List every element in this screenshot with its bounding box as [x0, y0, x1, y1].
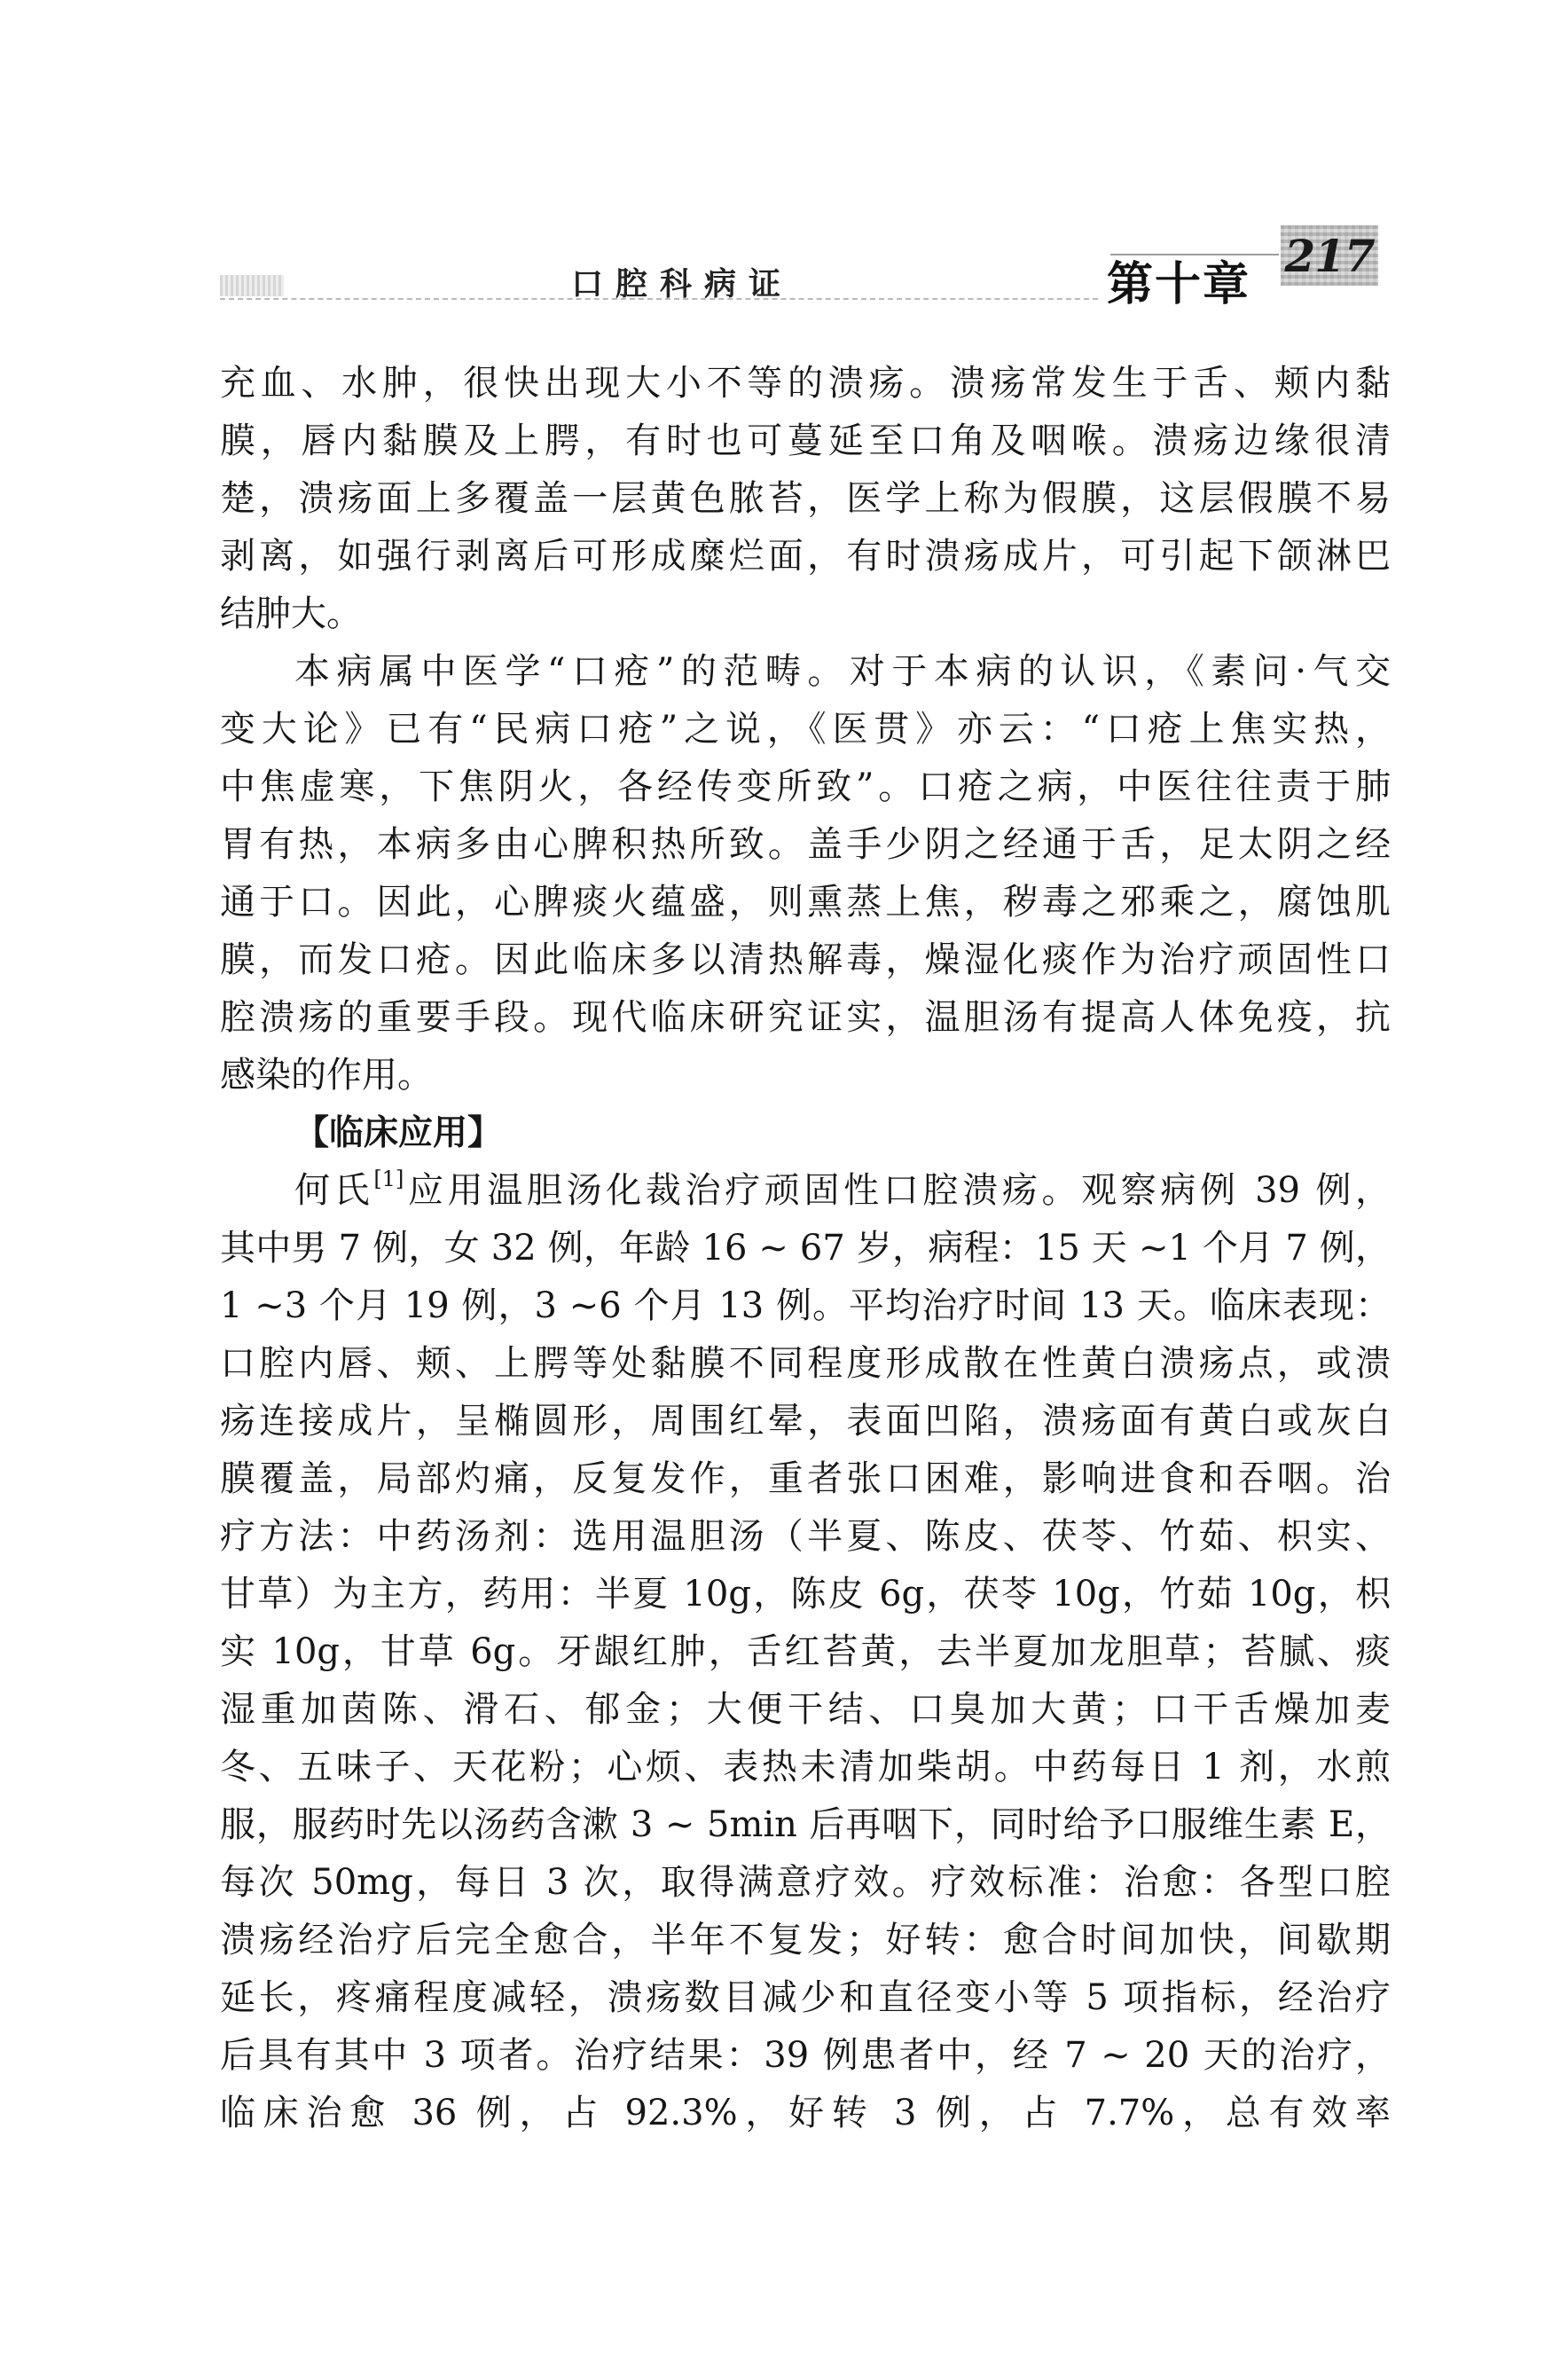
text-line: 通于口。因此，心脾痰火蕴盛，则熏蒸上焦，秽毒之邪乘之，腐蚀肌: [220, 874, 1391, 931]
paragraph-2: 本病属中医学“口疮”的范畴。对于本病的认识，《素问·气交 变大论》已有“民病口疮…: [220, 643, 1391, 1104]
author-name: 何氏: [294, 1170, 373, 1211]
text-line: 变大论》已有“民病口疮”之说，《医贯》亦云：“口疮上焦实热，: [220, 701, 1391, 758]
text-line: 1 ~3 个月 19 例，3 ~6 个月 13 例。平均治疗时间 13 天。临床…: [220, 1277, 1391, 1335]
paragraph-3: 何氏[1]应用温胆汤化裁治疗顽固性口腔溃疡。观察病例 39 例， 其中男 7 例…: [220, 1162, 1391, 2142]
section-title: 口腔科病证: [571, 259, 793, 304]
section-heading: 【临床应用】: [220, 1104, 1391, 1162]
text-line: 实 10g，甘草 6g。牙龈红肿，舌红苔黄，去半夏加龙胆草；苔腻、痰: [220, 1623, 1391, 1681]
text-line: 结肿大。: [220, 585, 1391, 643]
text-line: 延长，疼痛程度减轻，溃疡数目减少和直径变小等 5 项指标，经治疗: [220, 1969, 1391, 2027]
text-line: 膜，唇内黏膜及上腭，有时也可蔓延至口角及咽喉。溃疡边缘很清: [220, 412, 1391, 470]
paragraph-1: 充血、水肿，很快出现大小不等的溃疡。溃疡常发生于舌、颊内黏 膜，唇内黏膜及上腭，…: [220, 355, 1391, 643]
page-number: 217: [1284, 230, 1374, 282]
chapter-title: 第十章: [1107, 247, 1250, 313]
text-line: 剥离，如强行剥离后可形成糜烂面，有时溃疡成片，可引起下颌淋巴: [220, 528, 1391, 585]
text-line: 中焦虚寒，下焦阴火，各经传变所致”。口疮之病，中医往往责于肺: [220, 758, 1391, 816]
text-line: 楚，溃疡面上多覆盖一层黄色脓苔，医学上称为假膜，这层假膜不易: [220, 470, 1391, 528]
text-line: 何氏[1]应用温胆汤化裁治疗顽固性口腔溃疡。观察病例 39 例，: [220, 1162, 1391, 1220]
text-span: 应用温胆汤化裁治疗顽固性口腔溃疡。观察病例 39 例，: [404, 1170, 1391, 1211]
text-line: 每次 50mg，每日 3 次，取得满意疗效。疗效标准：治愈：各型口腔: [220, 1854, 1391, 1912]
text-line: 溃疡经治疗后完全愈合，半年不复发；好转：愈合时间加快，间歇期: [220, 1912, 1391, 1969]
body-text: 充血、水肿，很快出现大小不等的溃疡。溃疡常发生于舌、颊内黏 膜，唇内黏膜及上腭，…: [220, 355, 1391, 2142]
running-header: 口腔科病证 第十章 217: [220, 213, 1391, 302]
text-line: 后具有其中 3 项者。治疗结果：39 例患者中，经 7 ~ 20 天的治疗，: [220, 2027, 1391, 2085]
book-page: 口腔科病证 第十章 217 充血、水肿，很快出现大小不等的溃疡。溃疡常发生于舌、…: [0, 0, 1568, 2357]
text-line: 疡连接成片，呈椭圆形，周围红晕，表面凹陷，溃疡面有黄白或灰白: [220, 1393, 1391, 1450]
text-line: 充血、水肿，很快出现大小不等的溃疡。溃疡常发生于舌、颊内黏: [220, 355, 1391, 412]
page-number-box: 217: [1281, 225, 1378, 286]
text-line: 感染的作用。: [220, 1047, 1391, 1104]
text-line: 腔溃疡的重要手段。现代临床研究证实，温胆汤有提高人体免疫，抗: [220, 989, 1391, 1047]
text-line: 疗方法：中药汤剂：选用温胆汤（半夏、陈皮、茯苓、竹茹、枳实、: [220, 1508, 1391, 1566]
text-line: 本病属中医学“口疮”的范畴。对于本病的认识，《素问·气交: [220, 643, 1391, 701]
text-line: 膜，而发口疮。因此临床多以清热解毒，燥湿化痰作为治疗顽固性口: [220, 931, 1391, 989]
text-line: 口腔内唇、颊、上腭等处黏膜不同程度形成散在性黄白溃疡点，或溃: [220, 1335, 1391, 1393]
text-line: 膜覆盖，局部灼痛，反复发作，重者张口困难，影响进食和吞咽。治: [220, 1450, 1391, 1508]
text-line: 服，服药时先以汤药含漱 3 ~ 5min 后再咽下，同时给予口服维生素 E，: [220, 1796, 1391, 1854]
text-line: 临床治愈 36 例，占 92.3%，好转 3 例，占 7.7%，总有效率: [220, 2085, 1391, 2142]
citation-reference[interactable]: [1]: [373, 1167, 404, 1191]
text-line: 其中男 7 例，女 32 例，年龄 16 ~ 67 岁，病程：15 天 ~1 个…: [220, 1220, 1391, 1277]
text-line: 湿重加茵陈、滑石、郁金；大便干结、口臭加大黄；口干舌燥加麦: [220, 1681, 1391, 1739]
text-line: 冬、五味子、天花粉；心烦、表热未清加柴胡。中药每日 1 剂，水煎: [220, 1739, 1391, 1796]
text-line: 甘草）为主方，药用：半夏 10g，陈皮 6g，茯苓 10g，竹茹 10g，枳: [220, 1566, 1391, 1623]
text-line: 胃有热，本病多由心脾积热所致。盖手少阴之经通于舌，足太阴之经: [220, 816, 1391, 874]
header-ornament-box: [220, 275, 284, 296]
